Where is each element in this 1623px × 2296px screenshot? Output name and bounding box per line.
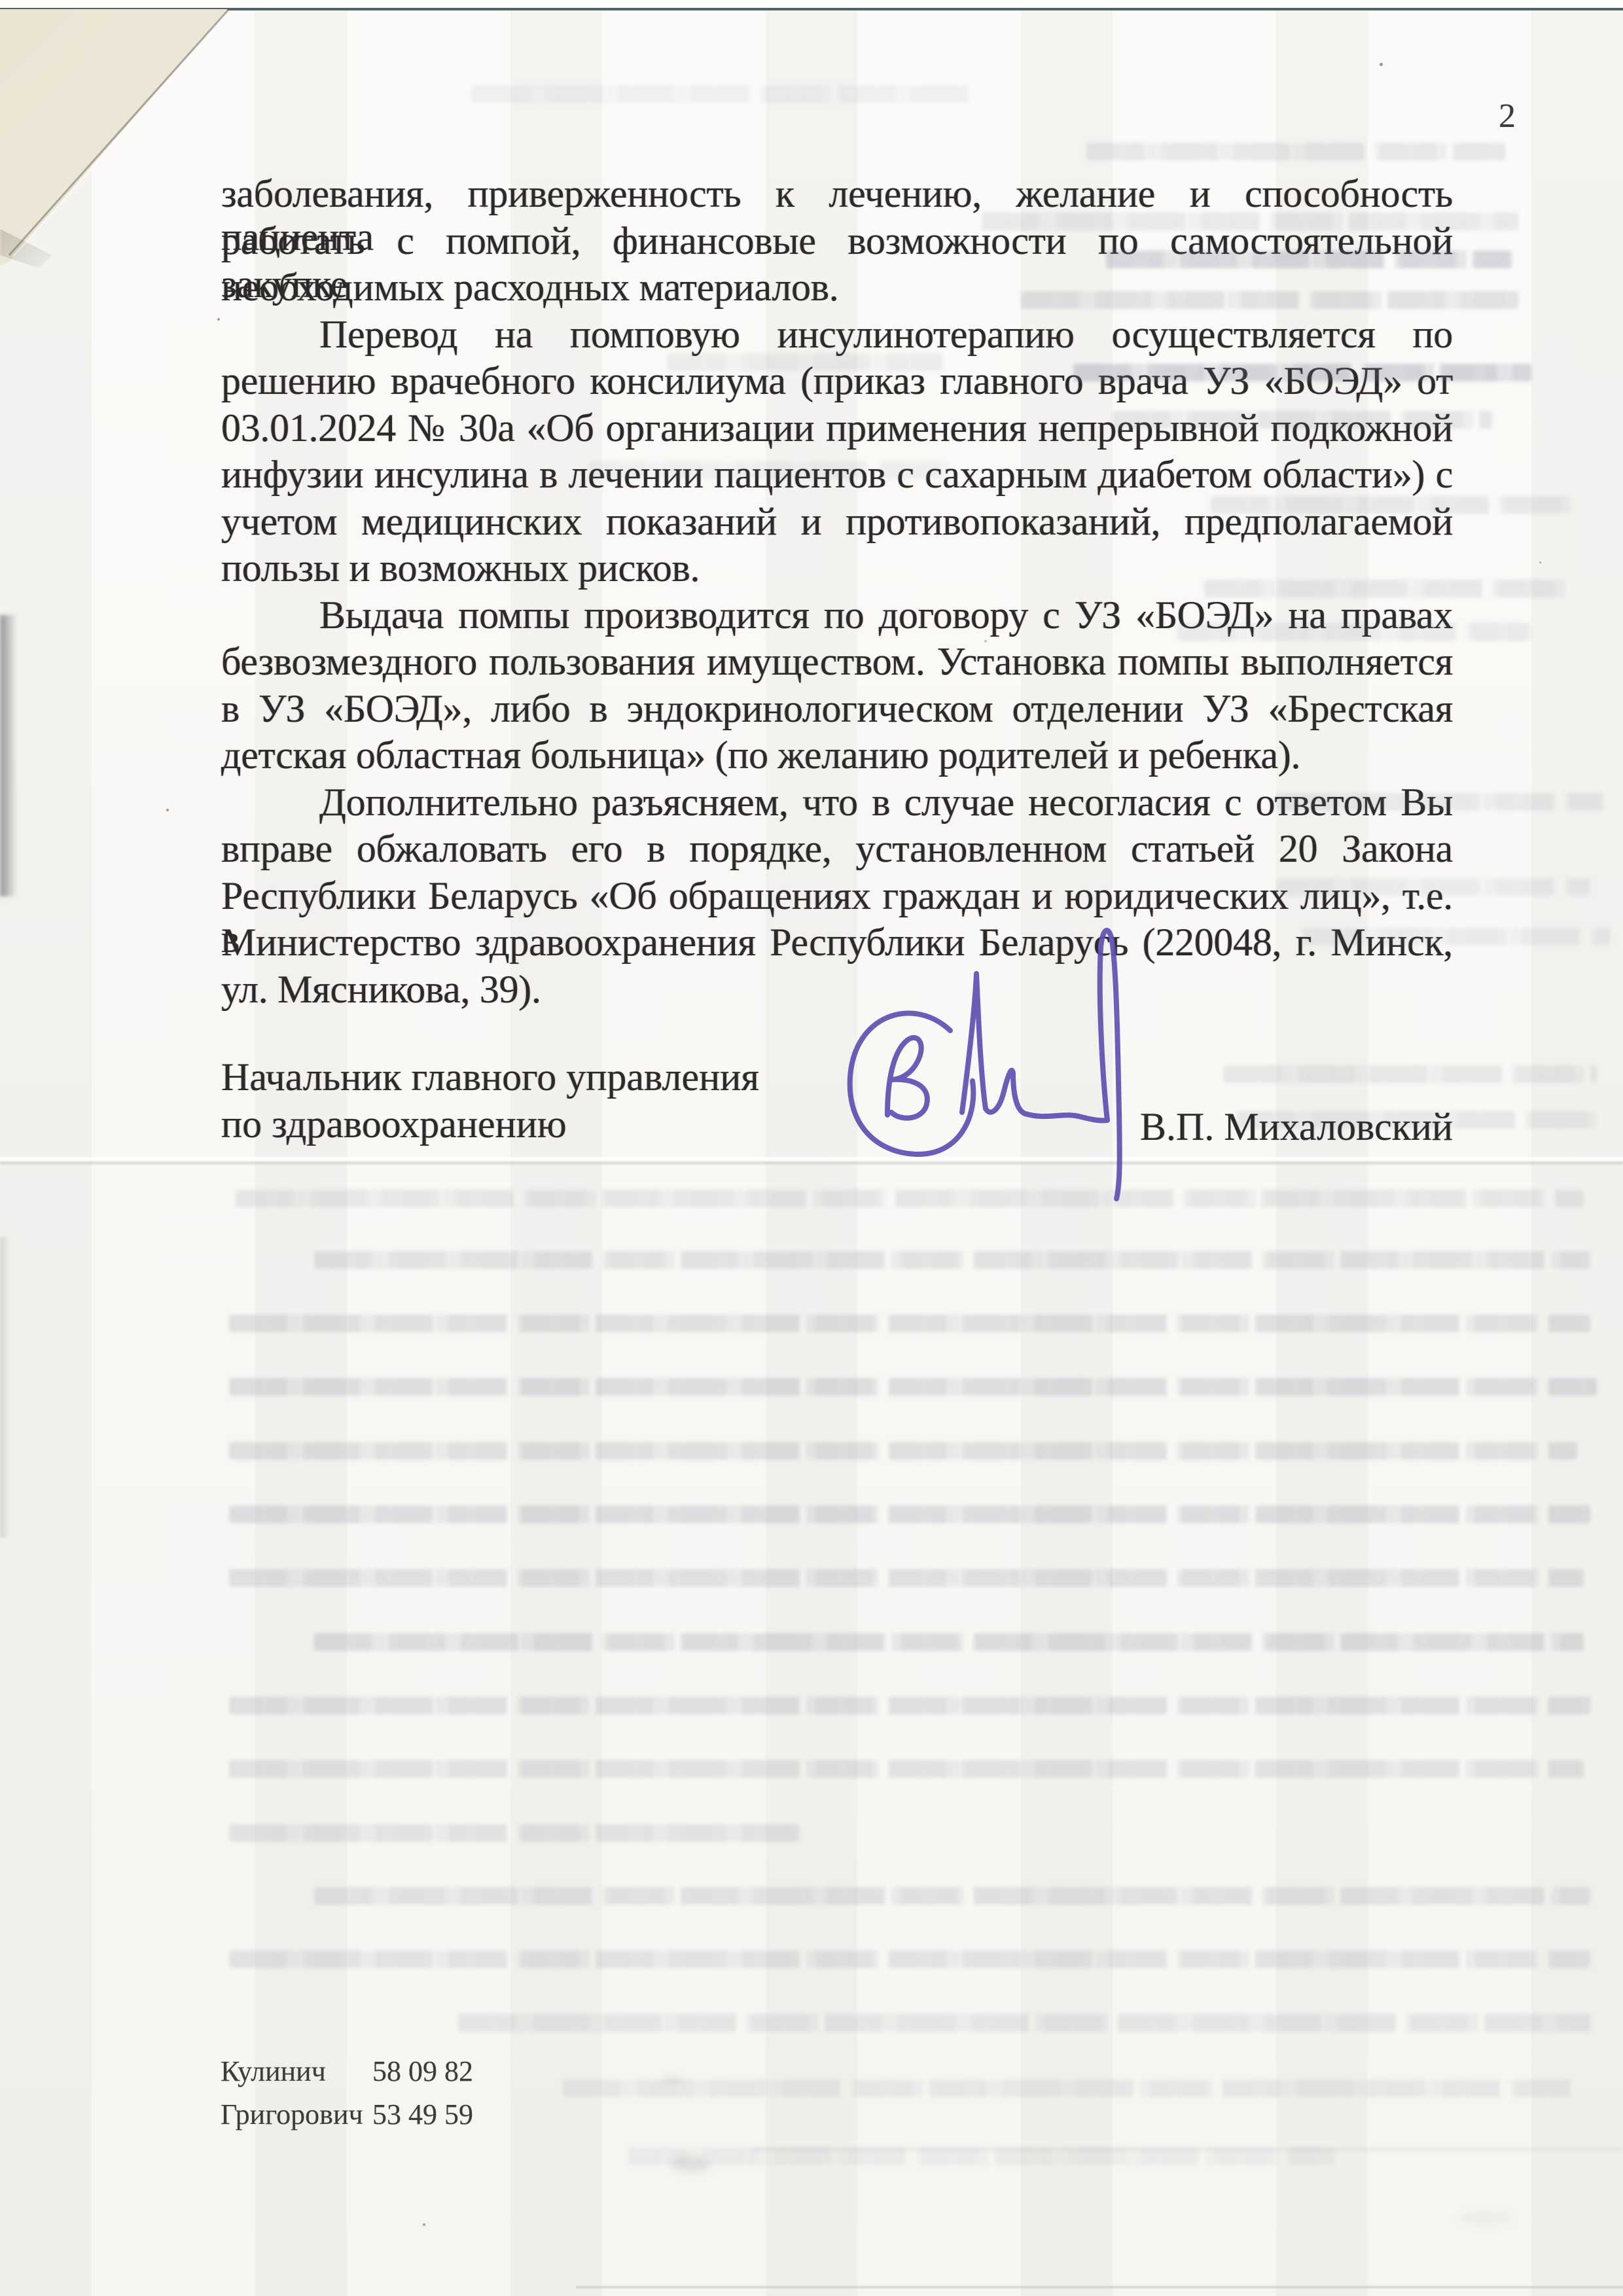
bleed-through-line	[229, 1824, 805, 1842]
bleed-through-line	[229, 1506, 1590, 1523]
document-line: Перевод на помповую инсулинотерапию осущ…	[221, 313, 1453, 359]
scan-smudge	[671, 2156, 710, 2173]
document-line: учетом медицинских показаний и противопо…	[221, 500, 1453, 546]
contact-name: Григорович	[221, 2098, 372, 2131]
signer-name: В.П. Михаловский	[1047, 1104, 1453, 1150]
bleed-through-line	[1086, 143, 1505, 160]
document-line: Министерство здравоохранения Республики …	[221, 921, 1453, 966]
bleed-through-line	[229, 1378, 1597, 1396]
scan-bottom-edge	[576, 2286, 1623, 2288]
document-line: необходимых расходных материалов.	[221, 266, 1453, 311]
signature-letter-i	[986, 1070, 1025, 1114]
scan-margin-top	[0, 0, 1623, 8]
bleed-through-line	[229, 1951, 1590, 1968]
signature-loop	[850, 1014, 974, 1155]
scan-speck	[984, 640, 987, 643]
bleed-through-line	[1224, 1065, 1597, 1083]
bleed-through-line	[314, 1633, 1584, 1651]
document-line: 03.01.2024 № 30а «Об организации примене…	[221, 406, 1453, 452]
document-line: вправе обжаловать его в порядке, установ…	[221, 827, 1453, 873]
document-line: детская областная больница» (по желанию …	[221, 733, 1453, 779]
contact-phone: 53 49 59	[372, 2098, 473, 2130]
scan-speck	[166, 809, 169, 811]
document-line: безвозмездного пользования имуществом. У…	[221, 640, 1453, 686]
folded-corner	[0, 9, 236, 271]
scan-left-streak	[0, 615, 17, 896]
document-line: пользы и возможных рисков.	[221, 546, 1453, 592]
scan-speck	[423, 2223, 425, 2226]
bleed-through-line	[314, 1887, 1590, 1905]
paper-crease-faint	[753, 2147, 1623, 2153]
document-line: в УЗ «БОЭД», либо в эндокринологическом …	[221, 687, 1453, 733]
contact-name: Кулинич	[221, 2055, 372, 2088]
bleed-through-line	[471, 85, 969, 103]
bleed-through-line	[229, 1569, 1584, 1587]
bleed-through-line	[563, 2079, 1571, 2097]
document-line: работать с помпой, финансовые возможност…	[221, 219, 1453, 265]
document-line: Дополнительно разъясняем, что в случае н…	[221, 781, 1453, 826]
page-number: 2	[1499, 97, 1516, 135]
bleed-through-line	[458, 2014, 1590, 2032]
scan-smudge	[1459, 2212, 1512, 2225]
signature-letter-v	[887, 1038, 927, 1118]
signer-position-line1: Начальник главного управления	[221, 1055, 759, 1100]
scan-top-edge	[0, 8, 1623, 10]
scan-speck	[217, 318, 220, 321]
scan-speck	[483, 204, 486, 207]
document-line: Выдача помпы производится по договору с …	[221, 593, 1453, 639]
bleed-through-line	[236, 1190, 1584, 1207]
document-line: ул. Мясникова, 39).	[221, 968, 1453, 1014]
bleed-through-line	[229, 1315, 1590, 1332]
contact-row: Григорович53 49 59	[221, 2098, 473, 2131]
document-line: инфузии инсулина в лечении пациентов с с…	[221, 453, 1453, 499]
bleed-through-line	[314, 1251, 1590, 1269]
scan-speck	[1380, 63, 1383, 66]
contact-row: Кулинич58 09 82	[221, 2055, 473, 2088]
scanned-letter-page: 2 заболевания, приверженность к лечению,…	[0, 0, 1623, 2296]
scan-left-streak-2	[0, 1237, 9, 1538]
paper-crease	[0, 1157, 1623, 1167]
document-line: решению врачебного консилиума (приказ гл…	[221, 359, 1453, 405]
scan-smudge	[661, 2075, 683, 2083]
document-line: Республики Беларусь «Об обращениях гражд…	[221, 874, 1453, 920]
scan-speck	[1539, 561, 1541, 563]
signer-position-line2: по здравоохранению	[221, 1102, 567, 1147]
bleed-through-line	[229, 1442, 1577, 1460]
document-line: заболевания, приверженность к лечению, ж…	[221, 172, 1453, 218]
bleed-through-line	[229, 1760, 1584, 1778]
bleed-through-line	[229, 1697, 1590, 1714]
contact-phone: 58 09 82	[372, 2055, 473, 2087]
